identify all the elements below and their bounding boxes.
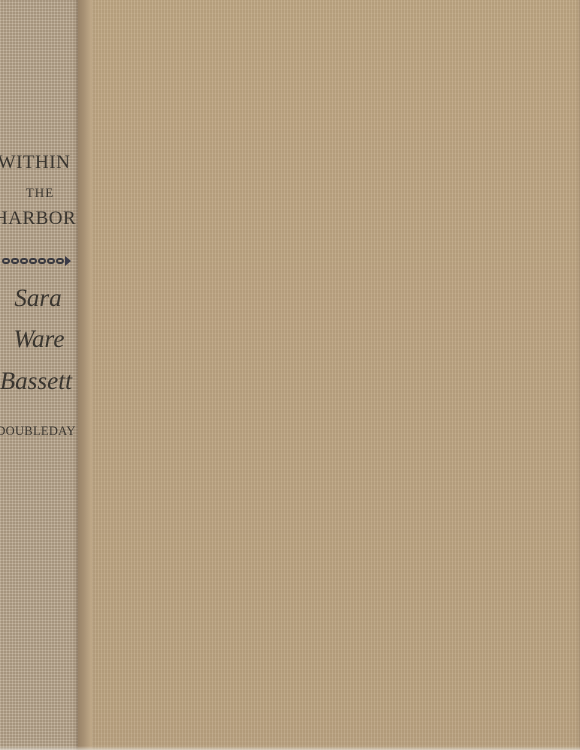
chain-link-icon: [29, 258, 37, 264]
cover-edge-bottom: [0, 746, 580, 750]
spine-author-line-2: Ware: [0, 326, 79, 354]
chain-link-icon: [47, 258, 55, 264]
chain-link-icon: [20, 258, 28, 264]
spine-title-line-2: THE: [0, 185, 80, 201]
chain-link-icon: [38, 258, 46, 264]
chain-ornament-icon: [0, 256, 78, 266]
spine-author-line-1: Sara: [0, 285, 78, 313]
spine-publisher: DOUBLEDAY: [0, 424, 76, 439]
chain-link-icon: [56, 258, 64, 264]
spine-author-line-3: Bassett: [0, 368, 76, 396]
spine-title-line-1: WITHIN: [0, 152, 74, 174]
book-spine: WITHIN THE HARBOR Sara Ware Bassett DOUB…: [0, 0, 78, 750]
chain-end-icon: [65, 256, 71, 266]
book: WITHIN THE HARBOR Sara Ware Bassett DOUB…: [0, 0, 580, 750]
front-cover: [92, 0, 580, 750]
spine-title-line-3: HARBOR: [0, 208, 74, 230]
chain-link-icon: [2, 258, 10, 264]
spine-hinge: [74, 0, 96, 750]
chain-link-icon: [11, 258, 19, 264]
